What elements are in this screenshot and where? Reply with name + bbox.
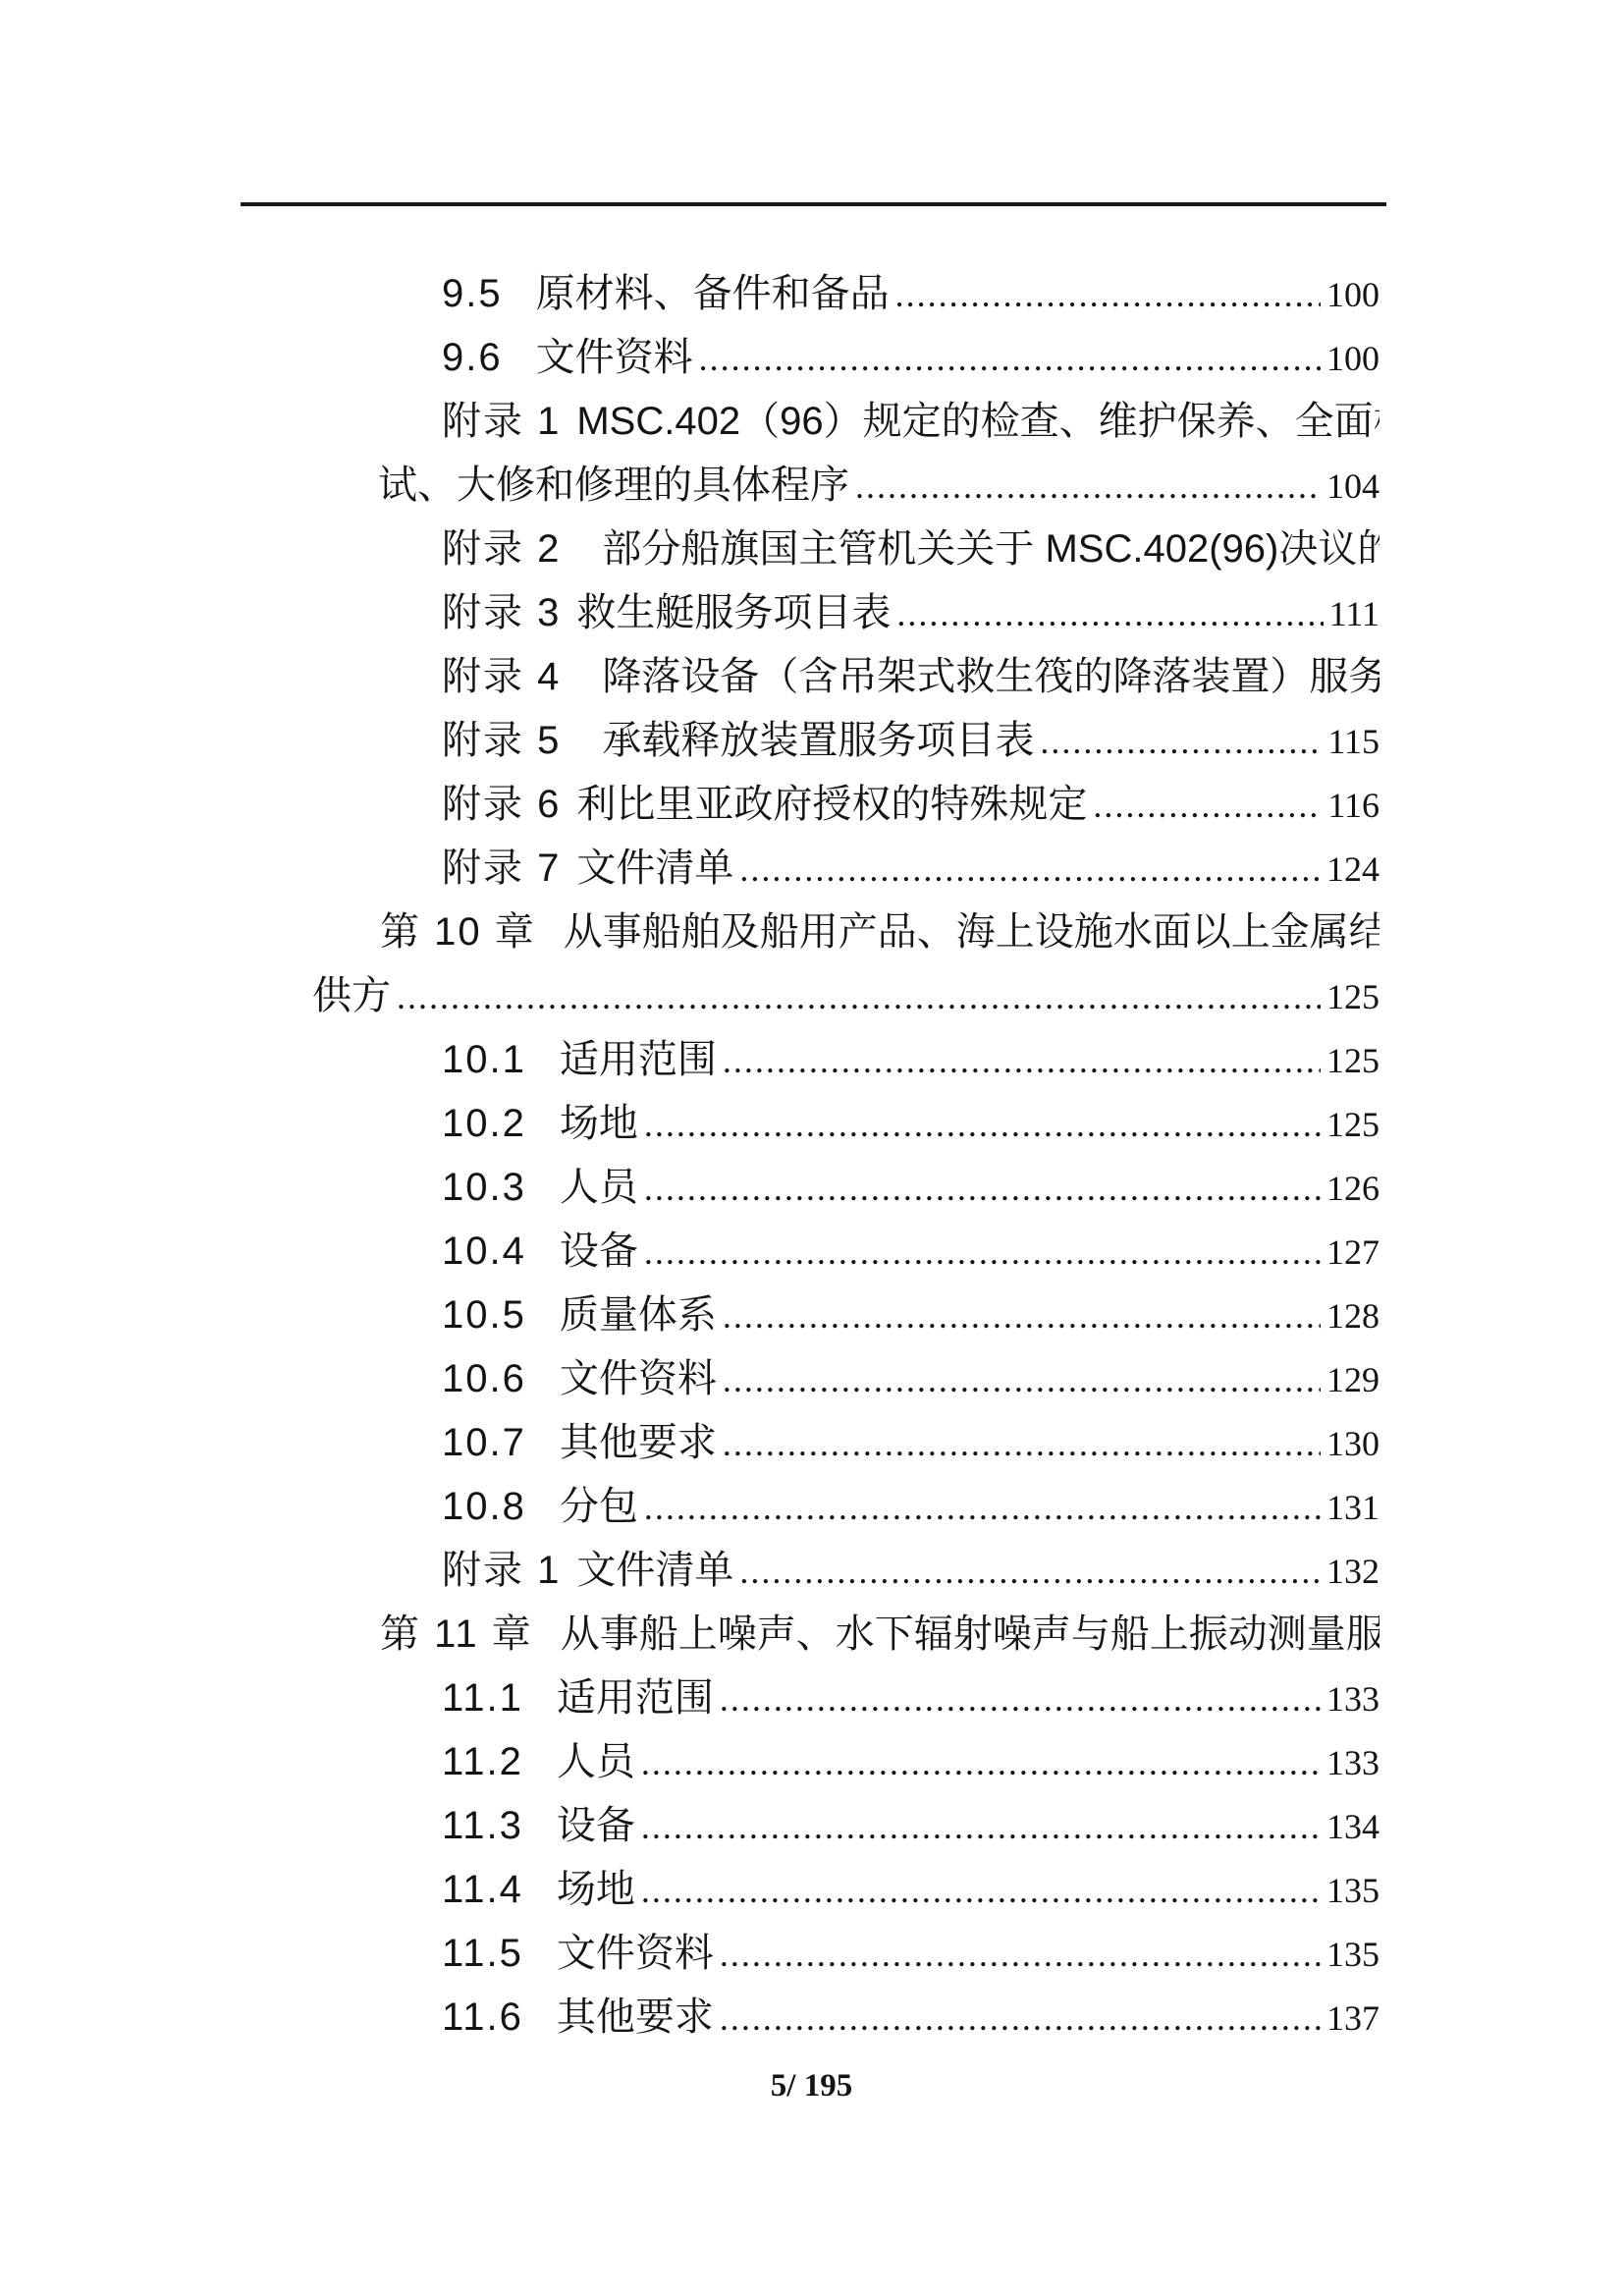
toc-entry-number: 9.5 bbox=[442, 262, 503, 326]
toc-entry-page: 137 bbox=[1326, 1987, 1380, 2050]
toc-entry-line: 11.3设备..................................… bbox=[312, 1794, 1380, 1858]
toc-entry-line: 10.6文件资料................................… bbox=[312, 1347, 1380, 1411]
toc-entry-title: 其他要求 bbox=[560, 1411, 717, 1475]
toc-entry-number: 11.3 bbox=[442, 1794, 523, 1858]
toc-entry-title: 文件清单 bbox=[576, 837, 733, 901]
toc-entry-line: 9.6文件资料.................................… bbox=[312, 326, 1380, 390]
toc-entry-title: 救生艇服务项目表 bbox=[576, 581, 891, 645]
toc-entry-page: 135 bbox=[1326, 1859, 1380, 1922]
toc-leader-dots: ........................................… bbox=[1093, 774, 1322, 837]
toc-entry-number: 附录 1 bbox=[442, 1539, 561, 1603]
toc-entry-line: 11.2人员..................................… bbox=[312, 1730, 1380, 1794]
toc-entry-number: 10.1 bbox=[442, 1028, 526, 1092]
toc-entry-number: 11.5 bbox=[442, 1922, 523, 1986]
toc-entry-line: 第 11 章从事船上噪声、水下辐射噪声与船上振动测量服务的供方133 bbox=[312, 1603, 1380, 1667]
toc-entry-title: MSC.402（96）规定的检查、维护保养、全面检查、操作测 bbox=[576, 390, 1380, 454]
toc-entry-number: 附录 7 bbox=[442, 837, 561, 901]
toc-entry-page: 125 bbox=[1326, 1029, 1380, 1092]
toc-leader-dots: ........................................… bbox=[895, 263, 1321, 326]
toc-entry-line: 10.1适用范围................................… bbox=[312, 1028, 1380, 1092]
toc-entry-number: 10.5 bbox=[442, 1284, 526, 1347]
toc-entry-number: 11.6 bbox=[442, 1986, 523, 2050]
toc-entry-line: 10.8分包..................................… bbox=[312, 1475, 1380, 1539]
toc-entry-title: 部分船旗国主管机关关于 MSC.402(96)决议的特殊要求 bbox=[602, 518, 1380, 581]
header-rule bbox=[241, 202, 1386, 206]
toc-leader-dots: ........................................… bbox=[723, 1029, 1321, 1092]
toc-entry-number: 11.2 bbox=[442, 1730, 523, 1794]
toc-entry-title: 文件资料 bbox=[560, 1347, 717, 1411]
toc-entry-page: 115 bbox=[1327, 710, 1380, 773]
toc-entry-page: 111 bbox=[1329, 582, 1380, 645]
toc-leader-dots: ........................................… bbox=[644, 1221, 1321, 1284]
toc-entry-title: 文件清单 bbox=[576, 1539, 733, 1603]
toc-entry-title: 人员 bbox=[557, 1730, 635, 1794]
toc-entry-line: 附录 7文件清单................................… bbox=[312, 837, 1380, 901]
toc-leader-dots: ........................................… bbox=[739, 1540, 1321, 1603]
toc-entry-title: 设备 bbox=[560, 1220, 638, 1284]
toc-entry-page: 130 bbox=[1326, 1412, 1380, 1475]
toc-entry-title: 供方 bbox=[312, 964, 391, 1028]
toc-entry-line: 10.4设备..................................… bbox=[312, 1220, 1380, 1284]
toc-entry-page: 128 bbox=[1326, 1285, 1380, 1347]
toc-entry-number: 9.6 bbox=[442, 326, 503, 390]
toc-entry-line: 11.4场地..................................… bbox=[312, 1858, 1380, 1922]
page-footer: 5/ 195 bbox=[0, 2062, 1623, 2109]
document-page: 9.5原材料、备件和备品............................… bbox=[0, 0, 1623, 2296]
toc-leader-dots: ........................................… bbox=[720, 1987, 1321, 2050]
toc-entry-title: 试、大修和修理的具体程序 bbox=[378, 454, 849, 518]
toc-entry-title: 原材料、备件和备品 bbox=[536, 262, 890, 326]
toc-entry-page: 104 bbox=[1326, 455, 1380, 518]
toc-entry-number: 附录 3 bbox=[442, 581, 561, 645]
toc-entry-page: 126 bbox=[1326, 1157, 1380, 1220]
toc-entry-page: 100 bbox=[1326, 263, 1380, 326]
toc-leader-dots: ........................................… bbox=[739, 838, 1321, 901]
toc-leader-dots: ........................................… bbox=[641, 1859, 1321, 1922]
toc-entry-page: 133 bbox=[1326, 1667, 1380, 1730]
toc-entry-title: 降落设备（含吊架式救生筏的降落装置）服务项目表. bbox=[602, 645, 1380, 709]
toc-entry-number: 第 10 章 bbox=[380, 901, 536, 964]
toc-entry-number: 附录 4 bbox=[442, 645, 561, 709]
toc-entry-number: 附录 1 bbox=[442, 390, 561, 454]
toc-entry-title: 设备 bbox=[557, 1794, 635, 1858]
toc-entry-page: 134 bbox=[1326, 1795, 1380, 1858]
toc-leader-dots: ........................................… bbox=[723, 1412, 1321, 1475]
toc-leader-dots: ........................................… bbox=[720, 1923, 1321, 1986]
toc-entry-line: 附录 2部分船旗国主管机关关于 MSC.402(96)决议的特殊要求108 bbox=[312, 518, 1380, 581]
toc-entry-page: 100 bbox=[1326, 327, 1380, 390]
toc-entry-number: 11.4 bbox=[442, 1858, 523, 1922]
toc-entry-page: 125 bbox=[1326, 965, 1380, 1028]
toc-entry-title: 适用范围 bbox=[560, 1028, 717, 1092]
toc-entry-line: 11.5文件资料................................… bbox=[312, 1922, 1380, 1986]
toc-entry-page: 132 bbox=[1326, 1540, 1380, 1603]
toc-entry-title: 文件资料 bbox=[557, 1922, 714, 1986]
toc-entry-line: 附录 1文件清单................................… bbox=[312, 1539, 1380, 1603]
toc-entry-page: 135 bbox=[1326, 1923, 1380, 1986]
toc-entry-number: 11.1 bbox=[442, 1667, 523, 1730]
toc-entry-number: 10.6 bbox=[442, 1347, 526, 1411]
toc-leader-dots: ........................................… bbox=[720, 1667, 1321, 1730]
toc-entry-page: 131 bbox=[1326, 1476, 1380, 1539]
toc-entry-line: 附录 3救生艇服务项目表............................… bbox=[312, 581, 1380, 645]
table-of-contents: 9.5原材料、备件和备品............................… bbox=[312, 262, 1380, 2050]
toc-entry-number: 10.8 bbox=[442, 1475, 526, 1539]
toc-leader-dots: ........................................… bbox=[397, 965, 1321, 1028]
toc-entry-title: 从事船上噪声、水下辐射噪声与船上振动测量服务的供方 bbox=[561, 1603, 1380, 1667]
toc-entry-title: 适用范围 bbox=[557, 1667, 714, 1730]
toc-entry-page: 129 bbox=[1326, 1348, 1380, 1411]
toc-entry-title: 分包 bbox=[560, 1475, 638, 1539]
toc-entry-line: 附录 5承载释放装置服务项目表.........................… bbox=[312, 709, 1380, 773]
toc-entry-page: 116 bbox=[1327, 774, 1380, 837]
toc-entry-line: 9.5原材料、备件和备品............................… bbox=[312, 262, 1380, 326]
toc-leader-dots: ........................................… bbox=[641, 1731, 1321, 1794]
toc-entry-title: 文件资料 bbox=[536, 326, 693, 390]
toc-entry-line: 10.5质量体系................................… bbox=[312, 1284, 1380, 1347]
toc-entry-title: 场地 bbox=[560, 1092, 638, 1156]
toc-leader-dots: ........................................… bbox=[855, 455, 1321, 518]
toc-entry-title: 其他要求 bbox=[557, 1986, 714, 2050]
toc-leader-dots: ........................................… bbox=[699, 327, 1321, 390]
page-number: 5/ 195 bbox=[771, 2068, 852, 2104]
toc-entry-title: 场地 bbox=[557, 1858, 635, 1922]
toc-entry-line: 10.7其他要求................................… bbox=[312, 1411, 1380, 1475]
toc-entry-line: 附录 6利比里亚政府授权的特殊规定.......................… bbox=[312, 773, 1380, 837]
toc-entry-number: 10.7 bbox=[442, 1411, 526, 1475]
toc-entry-number: 10.4 bbox=[442, 1220, 526, 1284]
toc-leader-dots: ........................................… bbox=[723, 1348, 1321, 1411]
toc-entry-number: 10.2 bbox=[442, 1092, 526, 1156]
toc-entry-page: 127 bbox=[1326, 1221, 1380, 1284]
toc-entry-line: 11.6其他要求................................… bbox=[312, 1986, 1380, 2050]
toc-entry-title: 承载释放装置服务项目表 bbox=[602, 709, 1034, 773]
toc-leader-dots: ........................................… bbox=[723, 1285, 1321, 1347]
toc-entry-number: 附录 5 bbox=[442, 709, 561, 773]
toc-entry-title: 质量体系 bbox=[560, 1284, 717, 1347]
toc-entry-number: 附录 6 bbox=[442, 773, 561, 837]
toc-leader-dots: ........................................… bbox=[896, 582, 1323, 645]
toc-entry-number: 10.3 bbox=[442, 1156, 526, 1220]
toc-entry-title: 从事船舶及船用产品、海上设施水面以上金属结构无损检测的 bbox=[564, 901, 1380, 964]
toc-entry-line-wrap: 供方......................................… bbox=[312, 964, 1380, 1028]
toc-leader-dots: ........................................… bbox=[644, 1476, 1321, 1539]
toc-entry-line: 附录 4降落设备（含吊架式救生筏的降落装置）服务项目表.113 bbox=[312, 645, 1380, 709]
toc-entry-number: 第 11 章 bbox=[380, 1603, 533, 1667]
toc-entry-page: 133 bbox=[1326, 1731, 1380, 1794]
toc-leader-dots: ........................................… bbox=[1040, 710, 1322, 773]
toc-leader-dots: ........................................… bbox=[644, 1157, 1321, 1220]
toc-entry-title: 人员 bbox=[560, 1156, 638, 1220]
toc-entry-page: 125 bbox=[1326, 1093, 1380, 1156]
toc-entry-line: 第 10 章从事船舶及船用产品、海上设施水面以上金属结构无损检测的 bbox=[312, 901, 1380, 964]
toc-entry-title: 利比里亚政府授权的特殊规定 bbox=[576, 773, 1087, 837]
toc-entry-page: 124 bbox=[1326, 838, 1380, 901]
toc-entry-line: 10.2场地..................................… bbox=[312, 1092, 1380, 1156]
toc-entry-number: 附录 2 bbox=[442, 518, 561, 581]
toc-entry-line: 11.1适用范围................................… bbox=[312, 1667, 1380, 1730]
toc-entry-line-wrap: 试、大修和修理的具体程序............................… bbox=[312, 454, 1380, 518]
toc-leader-dots: ........................................… bbox=[644, 1093, 1321, 1156]
toc-leader-dots: ........................................… bbox=[641, 1795, 1321, 1858]
toc-entry-line: 附录 1MSC.402（96）规定的检查、维护保养、全面检查、操作测 bbox=[312, 390, 1380, 454]
toc-entry-line: 10.3人员..................................… bbox=[312, 1156, 1380, 1220]
